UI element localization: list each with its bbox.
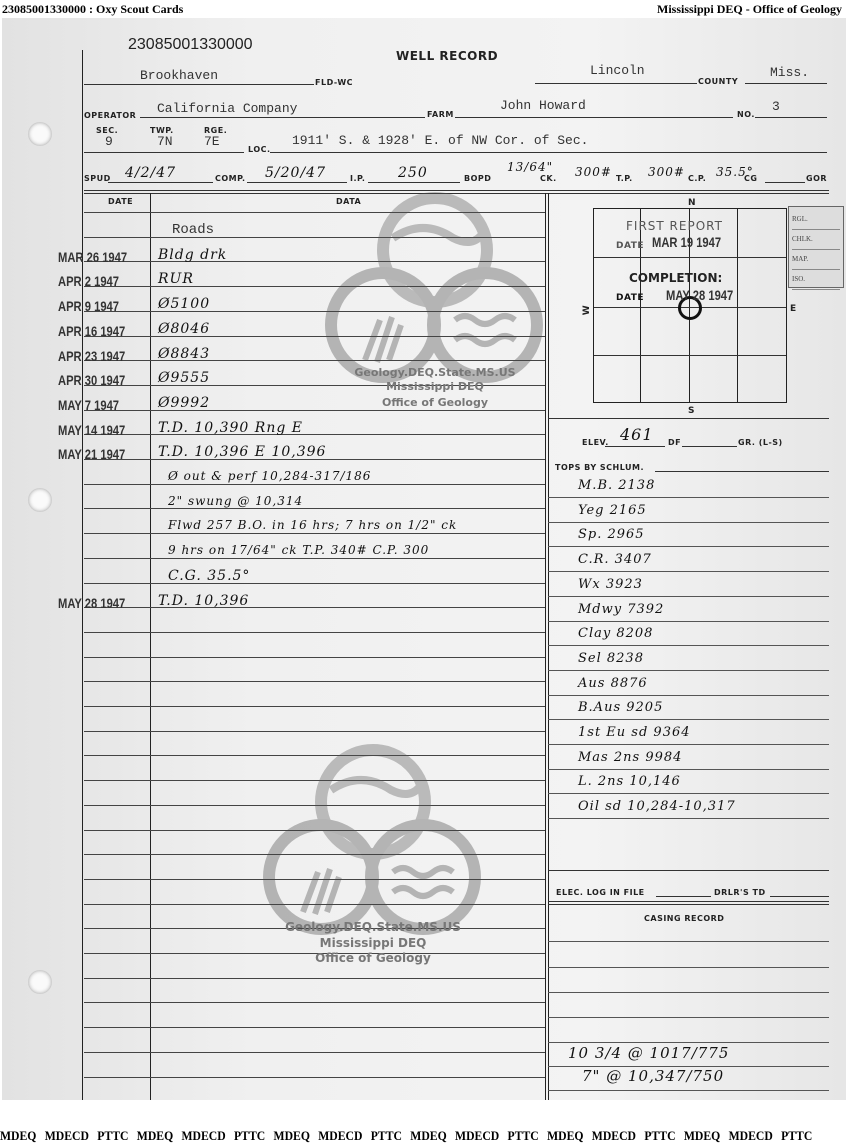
date-column-divider (150, 193, 151, 1100)
completion-date-label: DATE (616, 293, 644, 303)
document-id-title: 23085001330000 : Oxy Scout Cards (2, 2, 183, 17)
log-date: APR 2 1947 (58, 273, 119, 289)
bopd-value: 13/64" (507, 160, 553, 174)
log-entry: Roads (172, 222, 214, 238)
loc-label: LOC. (248, 145, 271, 154)
formation-top: M.B. 2138 (578, 478, 655, 493)
well-no-label: NO. (737, 110, 755, 119)
formation-top: Sel 8238 (578, 651, 644, 666)
casing-record-label: CASING RECORD (644, 914, 724, 923)
drlr-td-label: DRLR'S TD (714, 888, 766, 897)
county-value: Lincoln (590, 63, 645, 78)
loc-value: 1911' S. & 1928' E. of NW Cor. of Sec. (292, 133, 588, 148)
log-entry: 9 hrs on 17/64" ck T.P. 340# C.P. 300 (168, 543, 429, 557)
formation-top: L. 2ns 10,146 (578, 774, 681, 789)
tp-label: T.P. (616, 174, 633, 183)
well-no-value: 3 (772, 99, 780, 114)
section-plat-map: FIRST REPORT DATE MAR 19 1947 COMPLETION… (593, 208, 787, 403)
routing-stamp-item: ISO. (792, 270, 840, 290)
log-entry: Ø8046 (158, 321, 210, 337)
log-entry: C.G. 35.5° (168, 568, 250, 584)
operator-value: California Company (157, 101, 297, 116)
ip-label: I.P. (350, 174, 365, 183)
api-number: 23085001330000 (128, 36, 253, 54)
tp-value: 300# (648, 165, 685, 179)
casing-entry: 10 3/4 @ 1017/775 (568, 1044, 729, 1062)
log-date: MAY 21 1947 (58, 446, 125, 462)
formation-top: Mas 2ns 9984 (578, 750, 682, 765)
margin-line (82, 50, 83, 1100)
farm-label: FARM (427, 110, 454, 119)
log-date: MAY 14 1947 (58, 422, 125, 438)
formation-top: B.Aus 9205 (578, 700, 663, 715)
form-title: WELL RECORD (396, 49, 498, 63)
compass-w: W (582, 305, 592, 315)
completion-label: COMPLETION: (629, 271, 722, 285)
watermark-line3: Office of Geology (253, 951, 493, 965)
gr-label: GR. (L-S) (738, 438, 783, 447)
watermark-url: Geology.DEQ.State.MS.US (315, 366, 555, 379)
formation-top: Wx 3923 (578, 577, 643, 592)
date-header: DATE (108, 197, 133, 206)
formation-top: Oil sd 10,284-10,317 (578, 799, 736, 814)
comp-value: 5/20/47 (265, 165, 326, 181)
agency-title: Mississippi DEQ - Office of Geology (657, 2, 842, 17)
watermark-line2: Mississippi DEQ (315, 380, 555, 393)
compass-n: N (688, 198, 696, 208)
routing-stamp-item: CHLK. (792, 230, 840, 250)
watermark-line2: Mississippi DEQ (253, 936, 493, 950)
bopd-label: BOPD (464, 174, 491, 183)
log-entry: Bldg drk (158, 247, 227, 263)
data-header: DATA (336, 197, 361, 206)
log-entry: Ø9992 (158, 395, 210, 411)
formation-top: 1st Eu sd 9364 (578, 725, 691, 740)
formation-top: Sp. 2965 (578, 527, 645, 542)
footer-banner: MDEQ MDECD PTTC MDEQ MDECD PTTC MDEQ MDE… (0, 1128, 765, 1144)
gor-label: GOR (806, 174, 827, 183)
state-value: Miss. (770, 65, 809, 80)
watermark-line3: Office of Geology (315, 396, 555, 409)
cg-label: CG (744, 174, 757, 183)
log-date: MAY 7 1947 (58, 397, 119, 413)
log-date: APR 30 1947 (58, 372, 125, 388)
punch-hole (28, 970, 52, 994)
rge-value: 7E (204, 134, 220, 149)
first-report-label: FIRST REPORT (626, 219, 723, 233)
log-entry: T.D. 10,390 Rng E (158, 420, 303, 436)
formation-top: Clay 8208 (578, 626, 653, 641)
twp-value: 7N (157, 134, 173, 149)
log-entry: Ø9555 (158, 370, 210, 386)
farm-value: John Howard (500, 98, 586, 113)
comp-label: COMP. (215, 174, 246, 183)
routing-stamp-item: MAP. (792, 250, 840, 270)
routing-stamp: RGL.CHLK.MAP.ISO. (788, 206, 844, 288)
routing-stamp-item: RGL. (792, 210, 840, 230)
section-divider (548, 193, 549, 1100)
formation-top: C.R. 3407 (578, 552, 652, 567)
spud-label: SPUD (84, 174, 111, 183)
ip-value: 250 (398, 165, 428, 181)
log-date: APR 16 1947 (58, 323, 125, 339)
log-entry: Ø5100 (158, 296, 210, 312)
log-date: APR 9 1947 (58, 298, 119, 314)
first-report-date-label: DATE (616, 241, 644, 251)
log-date: MAY 28 1947 (58, 595, 125, 611)
operator-label: OPERATOR (84, 111, 136, 120)
log-date: MAR 26 1947 (58, 249, 127, 265)
log-entry: Flwd 257 B.O. in 16 hrs; 7 hrs on 1/2" c… (168, 518, 457, 532)
log-entry: T.D. 10,396 (158, 593, 249, 609)
log-entry: 2" swung @ 10,314 (168, 494, 303, 508)
log-entry: Ø out & perf 10,284-317/186 (168, 469, 371, 483)
formation-top: Yeg 2165 (578, 503, 647, 518)
elev-value: 461 (620, 425, 654, 444)
log-entry: T.D. 10,396 E 10,396 (158, 444, 326, 460)
punch-hole (28, 122, 52, 146)
field-value: Brookhaven (140, 68, 218, 83)
df-label: DF (668, 438, 681, 447)
compass-e: E (790, 304, 797, 314)
tops-label: TOPS BY SCHLUM. (555, 463, 644, 472)
ck-value: 300# (575, 165, 612, 179)
county-label: COUNTY (698, 77, 738, 86)
cp-label: C.P. (688, 174, 706, 183)
punch-hole (28, 488, 52, 512)
page-header: 23085001330000 : Oxy Scout Cards Mississ… (0, 0, 850, 18)
field-label: FLD-WC (315, 78, 353, 87)
first-report-date: MAR 19 1947 (652, 234, 721, 250)
completion-date: MAY 28 1947 (666, 287, 733, 303)
log-entry: Ø8843 (158, 346, 210, 362)
watermark-url: Geology.DEQ.State.MS.US (253, 920, 493, 934)
elec-log-label: ELEC. LOG IN FILE (556, 888, 645, 897)
compass-s: S (688, 406, 695, 416)
formation-top: Aus 8876 (578, 676, 648, 691)
log-entry: RUR (158, 271, 194, 287)
log-date: APR 23 1947 (58, 348, 125, 364)
ck-label: CK. (540, 174, 557, 183)
formation-top: Mdwy 7392 (578, 602, 664, 617)
spud-value: 4/2/47 (125, 165, 176, 181)
casing-entry: 7" @ 10,347/750 (582, 1067, 724, 1085)
sec-value: 9 (105, 134, 113, 149)
section-divider (545, 193, 546, 1100)
